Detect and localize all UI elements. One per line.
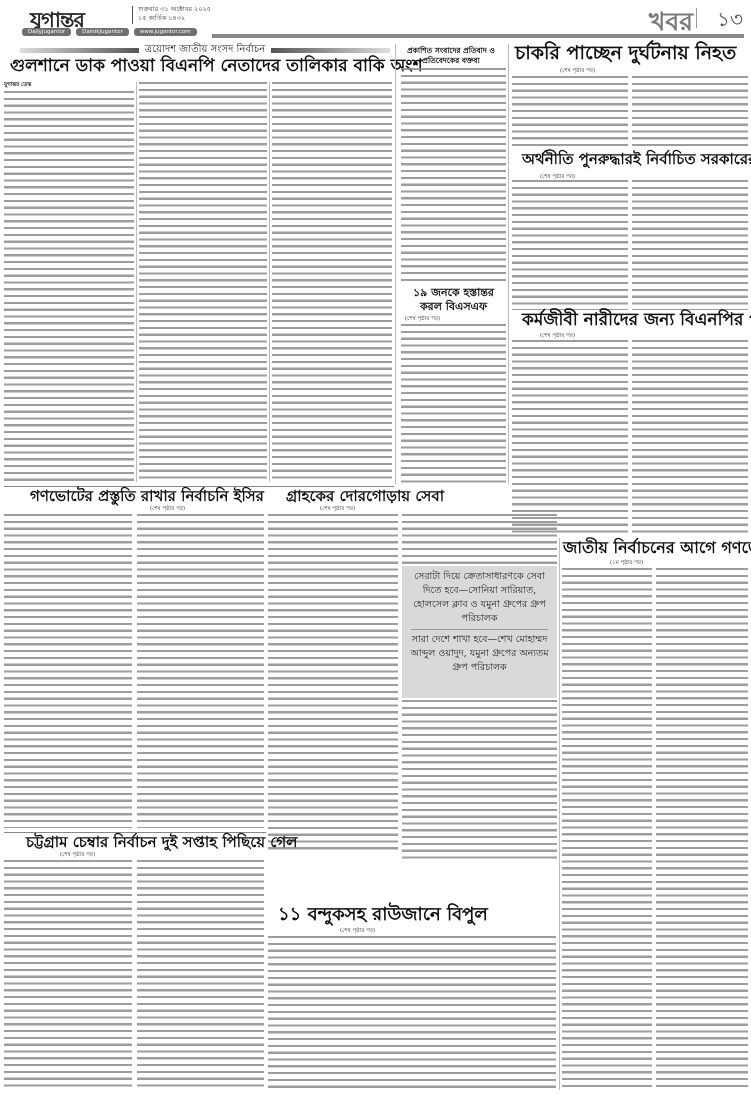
chattogram-col-1 — [4, 860, 132, 1090]
masthead: যুগান্তর শুক্রবার ৩১ অক্টোবর ২০২৫ ১৫ কার… — [0, 0, 751, 40]
raozan-body — [268, 936, 556, 1090]
chakri-col-2 — [632, 76, 748, 148]
headline-raozan: ১১ বন্দুকসহ রাউজানে বিপুল — [278, 906, 488, 924]
article-body — [4, 91, 134, 482]
gulshan-col-3 — [272, 82, 392, 482]
article-body — [4, 860, 132, 1090]
kicker-bar-left — [20, 48, 139, 53]
pull-quote-1: সেরাটা দিয়ে ক্রেতাসাধারণকে সেবা দিতে হব… — [405, 570, 554, 626]
column-rule — [559, 538, 560, 1090]
headline-jatiyo: জাতীয় নির্বাচনের আগে গণভোট অযৌক্তিক — [563, 540, 751, 556]
article-body — [137, 514, 264, 828]
orthoniti-col-1 — [512, 180, 628, 310]
facebook-handle: DainikJugantor — [76, 28, 129, 36]
grahok-col-2-top — [402, 514, 557, 564]
continued-note: (শেষ পৃষ্ঠার পর) — [340, 928, 375, 936]
social-links: DailyJugantor DainikJugantor www.juganto… — [22, 28, 197, 36]
gonovote-col-1 — [4, 514, 132, 828]
chakri-col-1 — [512, 76, 628, 148]
headline-karmajibi: কর্মজীবী নারীদের জন্য বিএনপির পরিকল্পনা — [522, 312, 751, 329]
headline-bsf: ১৯ জনকে হস্তান্তর করল বিএসএফ — [401, 286, 506, 314]
gonovote-col-2 — [137, 514, 264, 828]
gulshan-col-1: যুগান্তর ডেস্ক — [4, 82, 134, 482]
karmajibi-col-1 — [512, 340, 628, 536]
continued-note: (শেষ পৃষ্ঠার পর) — [60, 852, 95, 860]
continued-note: (শেষ পৃষ্ঠার পর) — [405, 316, 440, 324]
date-bengali: ১৫ কার্তিক ১৪৩২ — [138, 14, 211, 23]
article-body — [268, 936, 556, 1090]
section-divider — [696, 8, 697, 28]
kicker-bar-right — [271, 48, 390, 53]
article-body — [632, 76, 748, 148]
continued-note: (শেষ পৃষ্ঠার পর) — [320, 506, 355, 514]
headline-gulshan: গুলশানে ডাক পাওয়া বিএনপি নেতাদের তালিকা… — [10, 58, 423, 75]
article-body — [137, 860, 264, 1090]
article-body — [4, 514, 132, 828]
issue-date: শুক্রবার ৩১ অক্টোবর ২০২৫ ১৫ কার্তিক ১৪৩২ — [138, 5, 211, 23]
continued-note: (১ম পৃষ্ঠার পর) — [610, 560, 643, 568]
protest-body — [401, 68, 506, 282]
headline-protest: প্রকাশিত সংবাদের প্রতিবাদ ও প্রতিবেদকের … — [401, 46, 501, 66]
karmajibi-col-2 — [632, 340, 748, 536]
column-rule — [508, 44, 509, 484]
twitter-handle: DailyJugantor — [22, 28, 71, 36]
continued-note: (শেষ পৃষ্ঠার পর) — [560, 68, 595, 76]
headline-orthoniti: অর্থনীতি পুনরুদ্ধারই নির্বাচিত সরকারের ব… — [522, 152, 751, 167]
date-gregorian: শুক্রবার ৩১ অক্টোবর ২০২৫ — [138, 5, 211, 14]
jatiyo-col-2 — [656, 568, 748, 1088]
logo-divider — [132, 6, 133, 24]
article-body — [402, 700, 557, 860]
column-rule — [395, 44, 396, 484]
gulshan-col-2 — [139, 82, 267, 482]
chattogram-col-2 — [137, 860, 264, 1090]
website-url: www.jugantor.com — [134, 28, 197, 36]
article-body — [562, 568, 652, 1088]
headline-chakri: চাকরি পাচ্ছেন দুর্ঘটনায় নিহত — [515, 44, 736, 63]
article-body — [632, 340, 748, 536]
jatiyo-col-1 — [562, 568, 652, 1088]
section-title: খবর — [649, 2, 693, 45]
article-body — [512, 180, 628, 310]
grahok-col-2-bottom — [402, 700, 557, 860]
headline-gonovote: গণভোটের প্রস্তুতি রাখার নির্বাচনি ইসির — [30, 489, 264, 504]
article-body — [268, 514, 398, 854]
article-body — [402, 514, 557, 564]
byline: যুগান্তর ডেস্ক — [4, 82, 134, 90]
article-body — [401, 324, 506, 484]
pull-quote-box: সেরাটা দিয়ে ক্রেতাসাধারণকে সেবা দিতে হব… — [402, 566, 557, 698]
article-kicker-row: ত্রয়োদশ জাতীয় সংসদ নির্বাচন — [20, 44, 390, 56]
article-body — [656, 568, 748, 1088]
article-body — [272, 82, 392, 482]
article-body — [512, 340, 628, 536]
headline-grahok: গ্রাহকের দোরগোড়ায় সেবা — [286, 489, 444, 504]
column-rule — [136, 82, 137, 482]
grahok-col-1 — [268, 514, 398, 854]
article-body — [632, 180, 748, 310]
headline-chattogram: চট্টগ্রাম চেম্বার নির্বাচন দুই সপ্তাহ পি… — [26, 835, 297, 850]
article-body — [401, 68, 506, 282]
continued-note: (শেষ পৃষ্ঠার পর) — [150, 506, 185, 514]
page-number: ১৩ — [717, 5, 743, 38]
article-body — [139, 82, 267, 482]
column-rule — [269, 82, 270, 482]
quote-divider — [411, 629, 548, 630]
article-body — [512, 76, 628, 148]
orthoniti-col-2 — [632, 180, 748, 310]
pull-quote-2: সারা দেশে শাখা হবে—শেখ মোহাম্মদ আব্দুল ও… — [405, 633, 554, 675]
bsf-body — [401, 324, 506, 484]
